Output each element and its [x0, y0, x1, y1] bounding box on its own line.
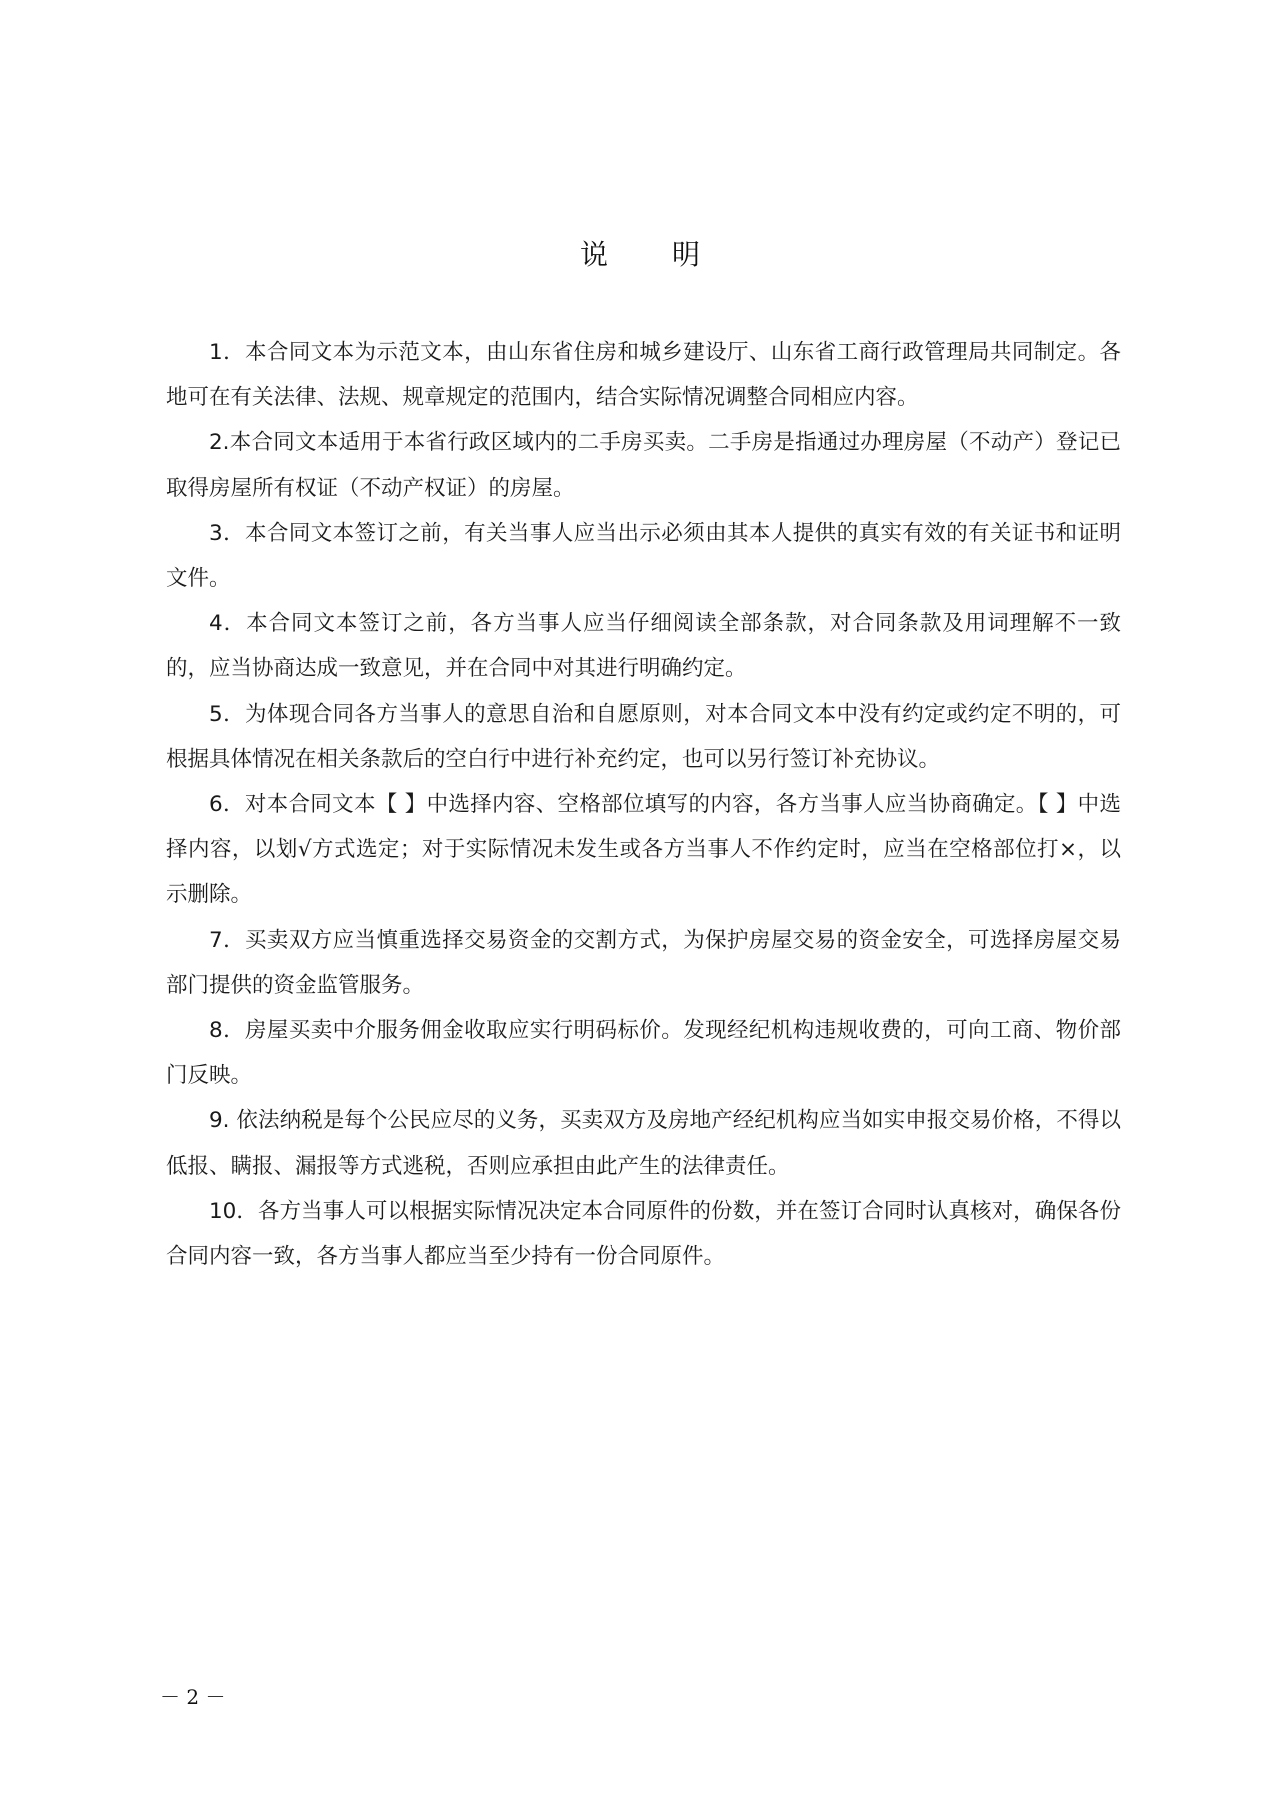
paragraph-2: 2.本合同文本适用于本省行政区域内的二手房买卖。二手房是指通过办理房屋（不动产）…: [166, 420, 1121, 510]
paragraph-6: 6．对本合同文本【 】中选择内容、空格部位填写的内容，各方当事人应当协商确定。【…: [166, 782, 1121, 918]
paragraph-3: 3．本合同文本签订之前，有关当事人应当出示必须由其本人提供的真实有效的有关证书和…: [166, 511, 1121, 601]
page-number: － 2 －: [160, 1684, 225, 1710]
paragraph-5: 5．为体现合同各方当事人的意思自治和自愿原则，对本合同文本中没有约定或约定不明的…: [166, 692, 1121, 782]
document-page: 说明 1．本合同文本为示范文本，由山东省住房和城乡建设厅、山东省工商行政管理局共…: [0, 0, 1280, 1810]
paragraph-9: 9. 依法纳税是每个公民应尽的义务，买卖双方及房地产经纪机构应当如实申报交易价格…: [166, 1098, 1121, 1188]
instructions-body: 1．本合同文本为示范文本，由山东省住房和城乡建设厅、山东省工商行政管理局共同制定…: [166, 330, 1121, 1279]
page-title: 说明: [0, 236, 1280, 274]
title-char-1: 说: [580, 238, 608, 271]
paragraph-7: 7．买卖双方应当慎重选择交易资金的交割方式，为保护房屋交易的资金安全，可选择房屋…: [166, 918, 1121, 1008]
paragraph-10: 10．各方当事人可以根据实际情况决定本合同原件的份数，并在签订合同时认真核对，确…: [166, 1189, 1121, 1279]
paragraph-1: 1．本合同文本为示范文本，由山东省住房和城乡建设厅、山东省工商行政管理局共同制定…: [166, 330, 1121, 420]
paragraph-8: 8．房屋买卖中介服务佣金收取应实行明码标价。发现经纪机构违规收费的，可向工商、物…: [166, 1008, 1121, 1098]
paragraph-4: 4．本合同文本签订之前，各方当事人应当仔细阅读全部条款，对合同条款及用词理解不一…: [166, 601, 1121, 691]
title-char-2: 明: [672, 238, 700, 271]
